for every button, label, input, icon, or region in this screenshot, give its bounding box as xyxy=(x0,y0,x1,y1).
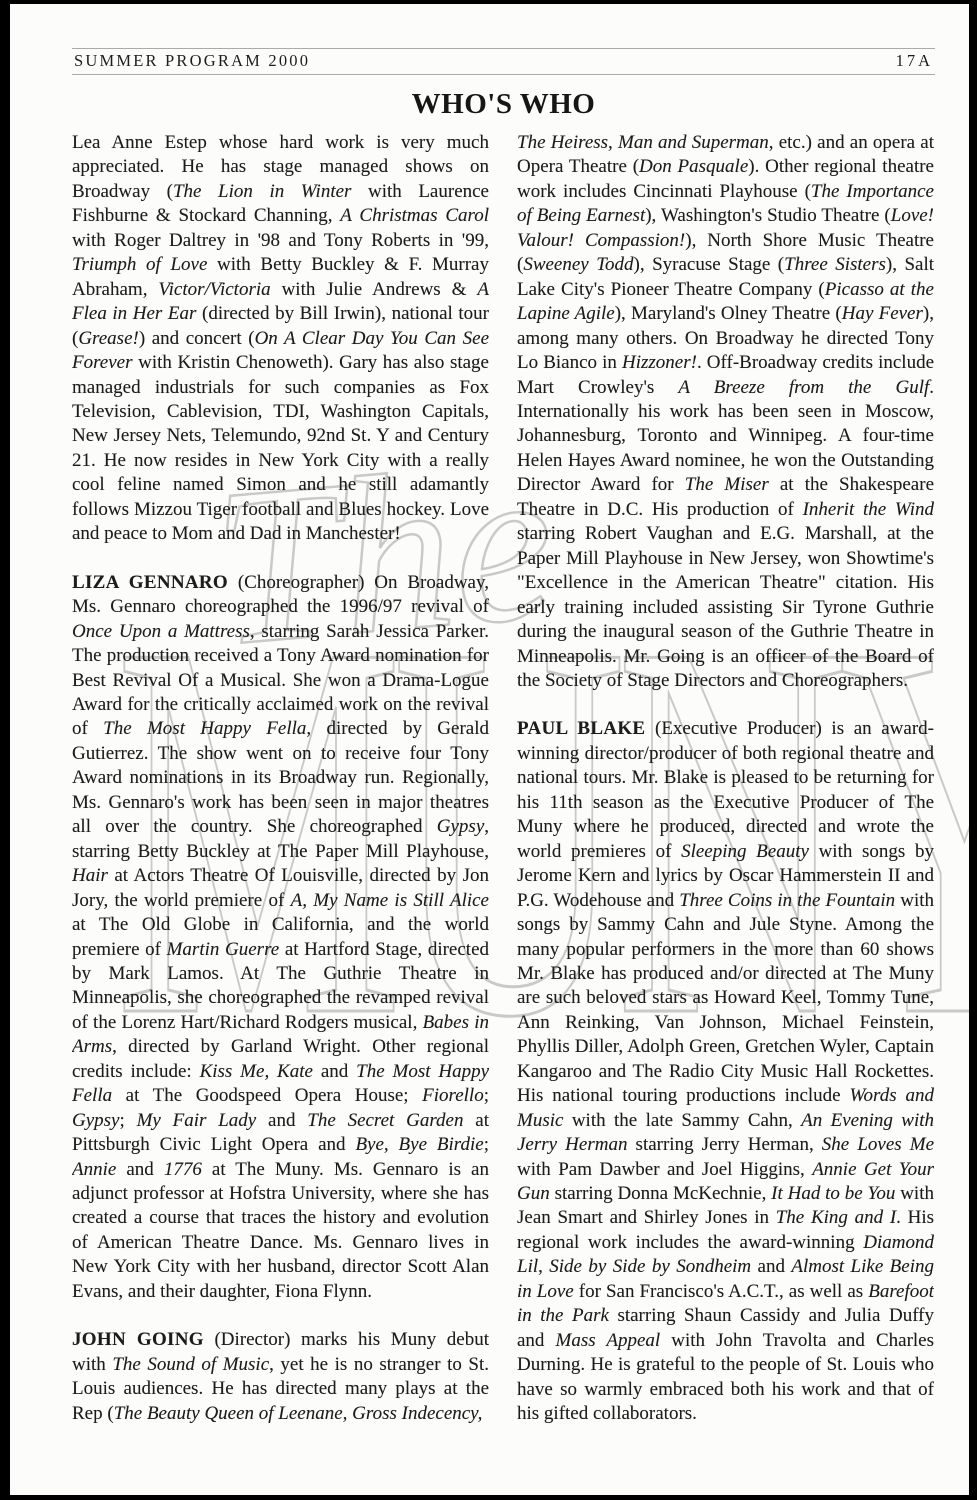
bio-text: with songs by Sammy Cahn and Jule Styne.… xyxy=(517,890,934,1107)
bio-text: ), Maryland's Olney Theatre ( xyxy=(615,303,842,324)
header-rule-top xyxy=(72,48,935,49)
bio-text: ; xyxy=(119,1110,136,1131)
show-title: Inherit the Wind xyxy=(803,499,934,520)
show-title: A Christmas Carol xyxy=(340,205,489,226)
show-title: Gypsy xyxy=(72,1110,119,1131)
bio-text: with Julie Andrews & xyxy=(271,279,478,300)
show-title: Three Sisters xyxy=(784,254,886,275)
bio-text: with the late Sammy Cahn, xyxy=(563,1110,801,1131)
show-title: Bye, Bye Birdie xyxy=(355,1134,483,1155)
bio-text: ; xyxy=(484,1085,489,1106)
bio-text: at The Muny. Ms. Gennaro is an adjunct p… xyxy=(72,1159,489,1302)
running-header: SUMMER PROGRAM 2000 17A xyxy=(72,48,935,75)
show-title: Victor/Victoria xyxy=(158,279,270,300)
bio-text: and xyxy=(313,1061,356,1082)
show-title: Three Coins in the Fountain xyxy=(679,890,895,911)
bio-name: PAUL BLAKE xyxy=(517,718,645,739)
show-title: The Secret Garden xyxy=(307,1110,463,1131)
show-title: She Loves Me xyxy=(822,1134,934,1155)
show-title: Once Upon a Mattress xyxy=(72,621,250,642)
bio-text: ), Syracuse Stage ( xyxy=(634,254,785,275)
bio-paragraph: The Heiress, Man and Superman, etc.) and… xyxy=(517,131,934,693)
left-column: Lea Anne Estep whose hard work is very m… xyxy=(72,131,489,1481)
show-title: 1776 xyxy=(164,1159,202,1180)
bio-name: JOHN GOING xyxy=(72,1329,204,1350)
bio-text: ; xyxy=(484,1134,489,1155)
show-title: Annie xyxy=(72,1159,116,1180)
show-title: Fiorello xyxy=(422,1085,484,1106)
program-title: SUMMER PROGRAM 2000 xyxy=(74,51,310,71)
page-number: 17A xyxy=(896,51,933,71)
show-title: Mass Appeal xyxy=(556,1330,661,1351)
show-title: The Miser xyxy=(685,474,769,495)
bio-text: at The Goodspeed Opera House; xyxy=(112,1085,422,1106)
show-title: Don Pasquale xyxy=(639,156,748,177)
bio-text: ), Washington's Studio Theatre ( xyxy=(645,205,891,226)
bio-text: , xyxy=(538,1256,549,1277)
bio-paragraph: LIZA GENNARO (Choreographer) On Broadway… xyxy=(72,571,489,1305)
show-title: It Had to be You xyxy=(771,1183,895,1204)
bio-paragraph: Lea Anne Estep whose hard work is very m… xyxy=(72,131,489,547)
show-title: My Fair Lady xyxy=(137,1110,257,1131)
section-title: WHO'S WHO xyxy=(72,88,935,121)
bio-text: and xyxy=(256,1110,307,1131)
article-body: Lea Anne Estep whose hard work is very m… xyxy=(72,131,935,1481)
show-title: The Most Happy Fella xyxy=(103,718,306,739)
show-title: The Beauty Queen of Leenane, Gross Indec… xyxy=(114,1403,483,1424)
show-title: Hizzoner! xyxy=(622,352,697,373)
show-title: Grease! xyxy=(78,328,139,349)
show-title: The King and I xyxy=(776,1207,896,1228)
bio-text: starring Jerry Herman, xyxy=(627,1134,821,1155)
show-title: The Sound of Music xyxy=(112,1354,269,1375)
bio-paragraph: PAUL BLAKE (Executive Producer) is an aw… xyxy=(517,717,934,1426)
show-title: Side by Side by Sondheim xyxy=(549,1256,751,1277)
header-row: SUMMER PROGRAM 2000 17A xyxy=(72,49,935,74)
show-title: Sweeney Todd xyxy=(523,254,633,275)
bio-text: starring Donna McKechnie, xyxy=(550,1183,771,1204)
show-title: A, My Name is Still Alice xyxy=(291,890,489,911)
bio-text: ) and concert ( xyxy=(139,328,255,349)
show-title: Triumph of Love xyxy=(72,254,207,275)
bio-text: starring Robert Vaughan and E.G. Marshal… xyxy=(517,523,934,691)
show-title: The Lion in Winter xyxy=(173,181,351,202)
bio-text: with Kristin Chenoweth). Gary has also s… xyxy=(72,352,489,544)
show-title: Gypsy xyxy=(437,816,484,837)
header-rule-bottom xyxy=(72,74,935,75)
bio-paragraph: JOHN GOING (Director) marks his Muny deb… xyxy=(72,1328,489,1426)
show-title: Hair xyxy=(72,865,108,886)
bio-text: and xyxy=(116,1159,164,1180)
bio-text: with Pam Dawber and Joel Higgins, xyxy=(517,1159,812,1180)
right-column: The Heiress, Man and Superman, etc.) and… xyxy=(517,131,934,1481)
bio-text: with Roger Daltrey in '98 and Tony Rober… xyxy=(72,230,489,251)
show-title: Kiss Me, Kate xyxy=(200,1061,313,1082)
bio-text: and xyxy=(751,1256,791,1277)
show-title: Martin Guerre xyxy=(167,939,280,960)
scanned-program-page: The MUNY SUMMER PROGRAM 2000 17A WHO'S W… xyxy=(10,4,969,1495)
bio-name: LIZA GENNARO xyxy=(72,572,228,593)
show-title: A Breeze from the Gulf xyxy=(678,377,929,398)
show-title: Sleeping Beauty xyxy=(681,841,809,862)
show-title: The Heiress, Man and Superman xyxy=(517,132,769,153)
show-title: Hay Fever xyxy=(842,303,923,324)
bio-text: for San Francisco's A.C.T., as well as xyxy=(574,1281,868,1302)
